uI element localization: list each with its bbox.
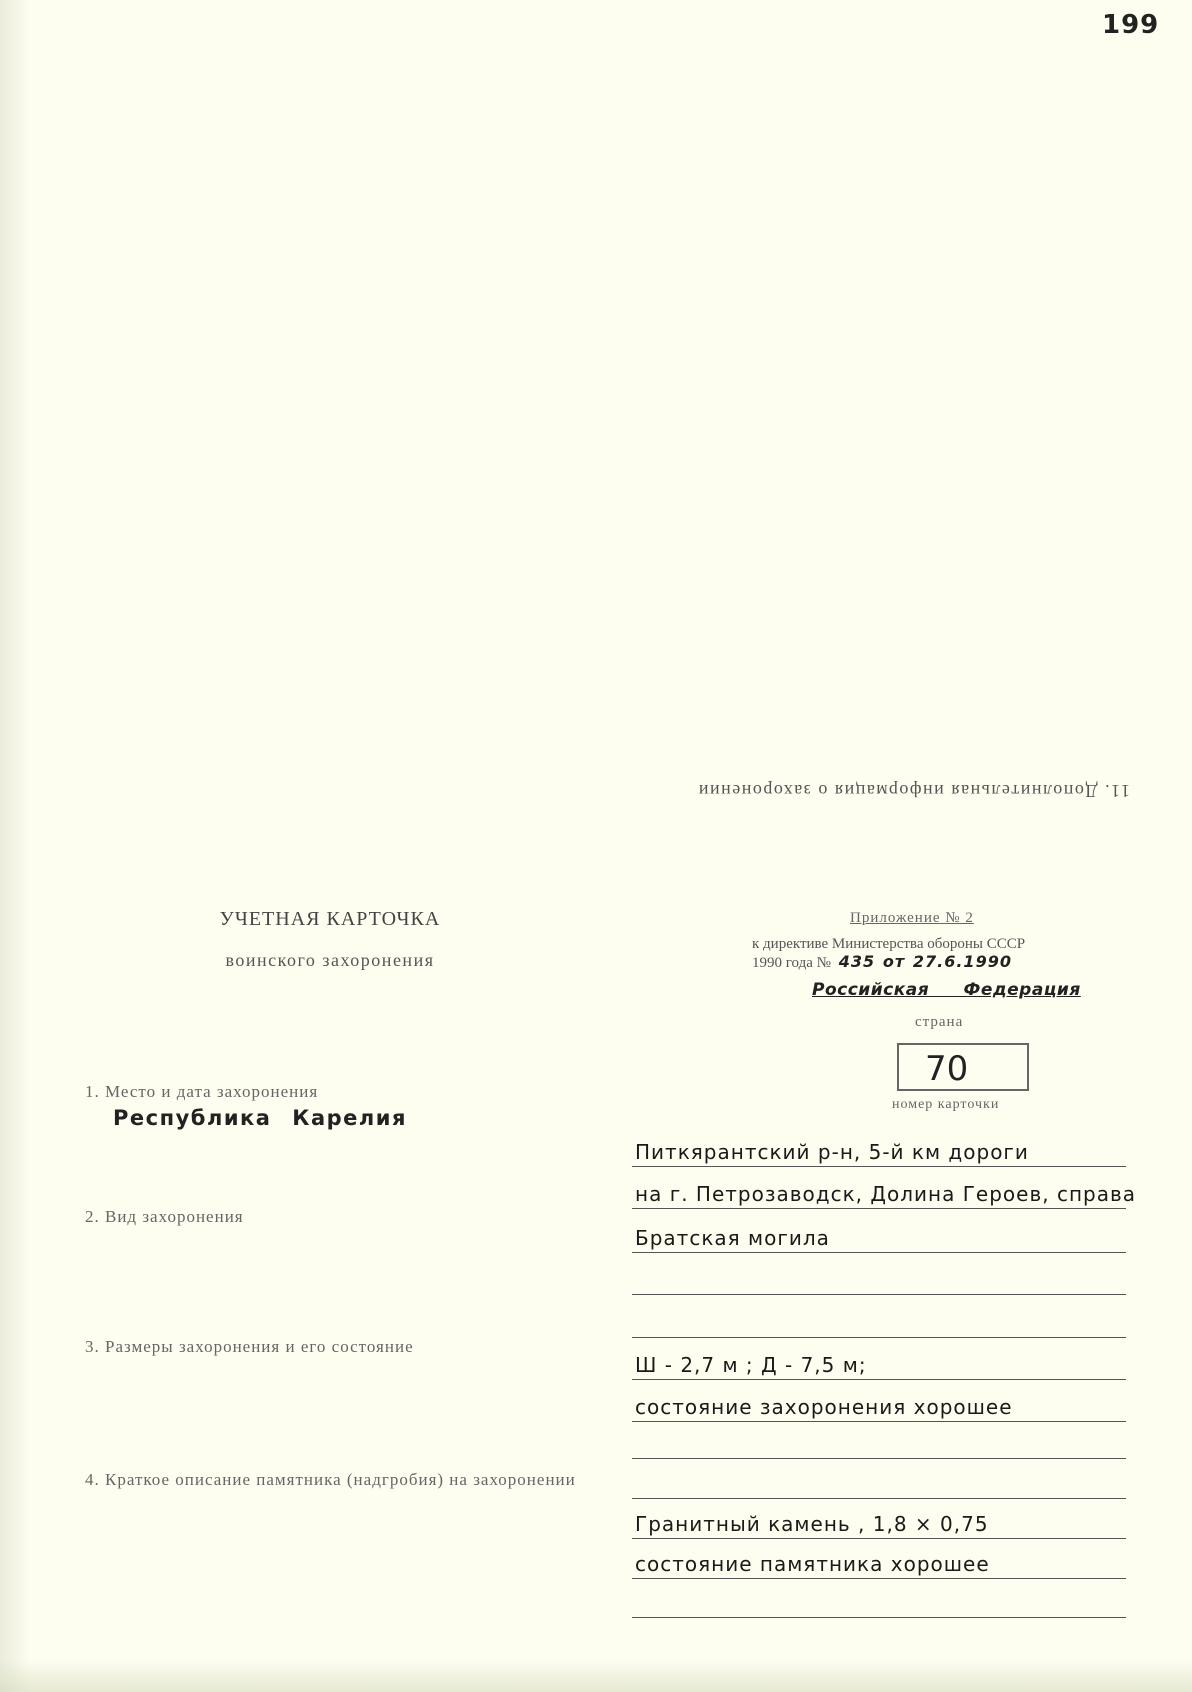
ruled-line: [632, 1166, 1126, 1167]
ruled-line: [632, 1208, 1126, 1209]
handwritten-entry: на г. Петрозаводск, Долина Героев, справ…: [635, 1182, 1136, 1206]
ruled-line: [632, 1294, 1126, 1295]
directive-prefix: 1990 года №: [752, 955, 831, 971]
directive-number-line: 1990 года № 435 от 27.6.1990: [752, 952, 1012, 972]
ruled-line: [632, 1337, 1126, 1338]
field-label-place-date: 1. Место и дата захоронения: [85, 1082, 318, 1102]
handwritten-entry: состояние захоронения хорошее: [635, 1395, 1013, 1419]
paper-background: [0, 0, 1192, 1692]
field-label-burial-type: 2. Вид захоронения: [85, 1207, 244, 1227]
card-number: 70: [925, 1049, 968, 1089]
appendix-title: Приложение № 2: [850, 910, 974, 927]
country-label: страна: [915, 1014, 963, 1031]
directive-number: 435: [839, 952, 875, 971]
country-value: Российская Федерация: [812, 980, 1081, 1000]
reverse-side-heading: 11. Дополнительная информация о захороне…: [630, 780, 1130, 801]
card-subtitle: воинского захоронения: [190, 950, 470, 971]
ruled-line: [632, 1252, 1126, 1253]
handwritten-entry: Братская могила: [635, 1226, 830, 1250]
page-number: 199: [1102, 10, 1159, 40]
card-number-label: номер карточки: [892, 1097, 999, 1113]
field-value-place: Республика Карелия: [113, 1106, 407, 1130]
ruled-line: [632, 1617, 1126, 1618]
card-number-box: 70: [897, 1043, 1029, 1091]
handwritten-entry: состояние памятника хорошее: [635, 1552, 990, 1576]
handwritten-entry: Гранитный камень , 1,8 × 0,75: [635, 1512, 989, 1536]
ruled-line: [632, 1421, 1126, 1422]
handwritten-entry: Питкярантский р-н, 5-й км дороги: [635, 1140, 1029, 1164]
ruled-line: [632, 1498, 1126, 1499]
ruled-line: [632, 1578, 1126, 1579]
directive-line: к директиве Министерства обороны СССР: [752, 936, 1025, 953]
field-label-size-condition: 3. Размеры захоронения и его состояние: [85, 1337, 414, 1357]
ruled-line: [632, 1538, 1126, 1539]
directive-date: 27.6.1990: [913, 952, 1012, 971]
ruled-line: [632, 1458, 1126, 1459]
ruled-line: [632, 1379, 1126, 1380]
card-title: УЧЕТНАЯ КАРТОЧКА: [200, 908, 460, 931]
field-label-monument: 4. Краткое описание памятника (надгробия…: [85, 1471, 580, 1489]
handwritten-entry: Ш - 2,7 м ; Д - 7,5 м;: [635, 1353, 867, 1377]
directive-date-prefix: от: [883, 952, 905, 971]
